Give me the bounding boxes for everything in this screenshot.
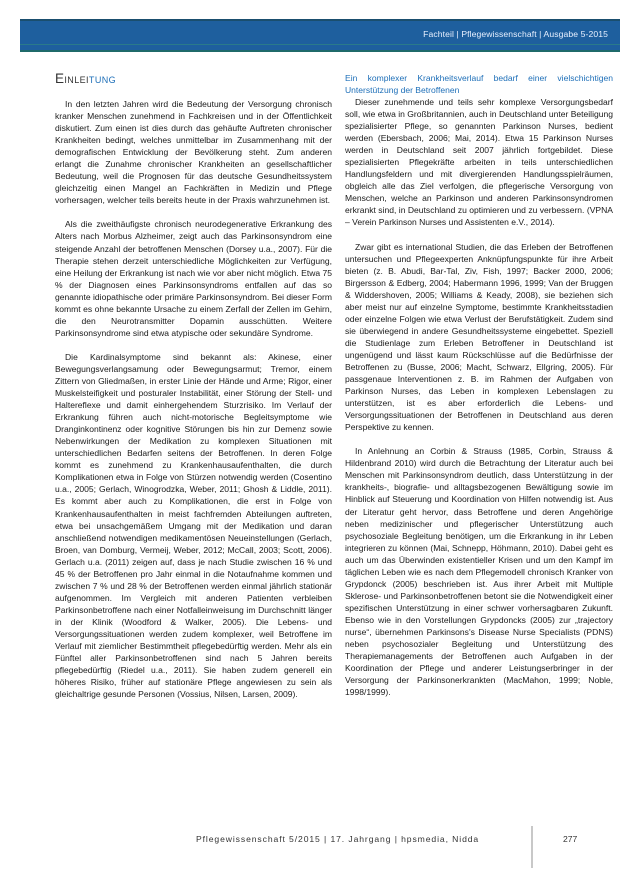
header-rule <box>20 44 620 45</box>
subheading: Ein komplexer Krankheitsverlauf bedarf e… <box>345 72 613 96</box>
footer-citation: Pflegewissenschaft 5/2015 | 17. Jahrgang… <box>196 834 479 844</box>
section-title: Einleitung <box>55 72 332 86</box>
paragraph: In den letzten Jahren wird die Bedeutung… <box>55 98 332 206</box>
page-number: 277 <box>563 834 577 844</box>
paragraph: In Anlehnung an Corbin & Strauss (1985, … <box>345 445 613 698</box>
paragraph: Dieser zunehmende und teils sehr komplex… <box>345 96 613 229</box>
paragraph: Als die zweithäufigste chronisch neurode… <box>55 218 332 338</box>
paragraph: Zwar gibt es international Studien, die … <box>345 241 613 434</box>
left-column: Einleitung In den letzten Jahren wird di… <box>55 66 332 712</box>
right-column: Ein komplexer Krankheitsverlauf bedarf e… <box>345 66 613 710</box>
section-title-accent: tung <box>89 71 116 86</box>
paragraph: Die Kardinalsymptome sind bekannt als: A… <box>55 351 332 700</box>
section-title-prefix: Einlei <box>55 71 89 86</box>
footer-divider <box>531 826 533 868</box>
running-header-bar: Fachteil | Pflegewissenschaft | Ausgabe … <box>20 19 620 52</box>
running-title: Fachteil | Pflegewissenschaft | Ausgabe … <box>423 29 608 39</box>
